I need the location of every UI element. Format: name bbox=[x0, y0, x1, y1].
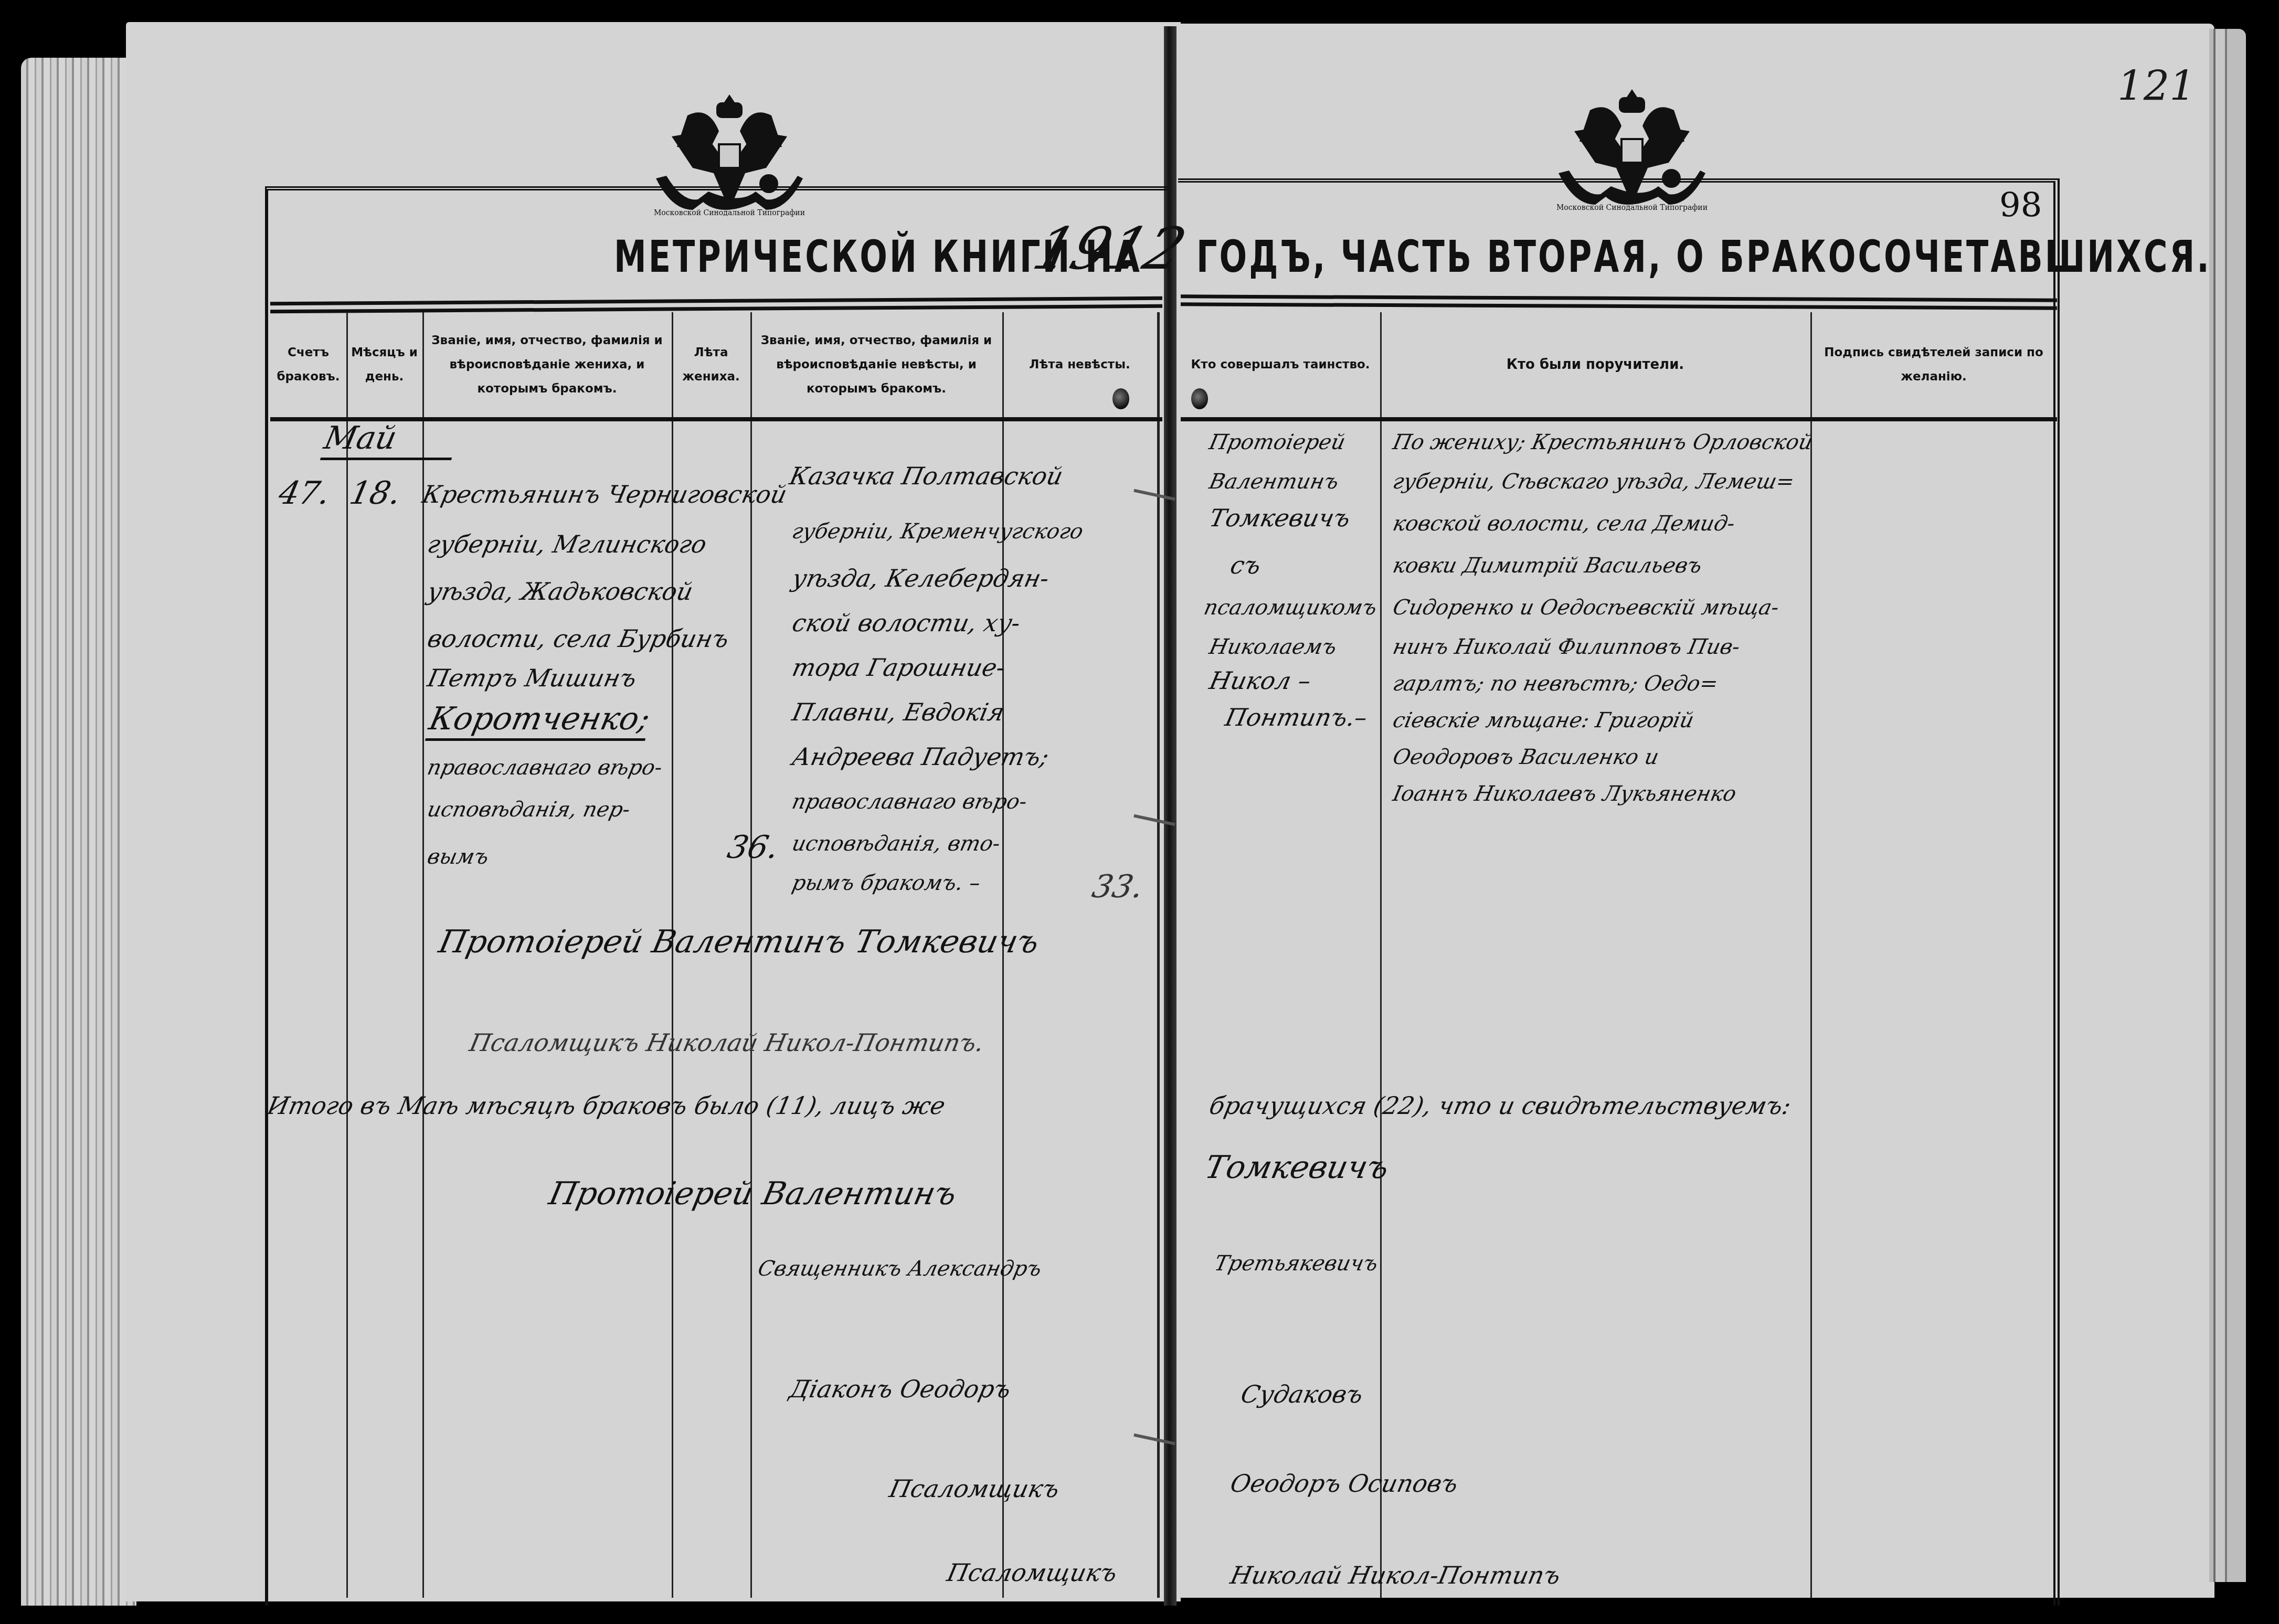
record-number: 47. bbox=[275, 475, 333, 512]
column-divider bbox=[1380, 312, 1382, 1598]
page-stack-right bbox=[2209, 29, 2246, 1582]
sponsors-line: Оеодоровъ Василенко и bbox=[1391, 745, 1661, 769]
column-divider bbox=[1810, 312, 1812, 1598]
groom-line: уѣзда, Жадьковской bbox=[425, 577, 695, 606]
groom-line: губерніи, Мглинского bbox=[425, 530, 709, 558]
bride-line: Плавни, Евдокія bbox=[790, 698, 1007, 726]
groom-line: исповѣданія, пер- bbox=[425, 798, 632, 822]
column-header-bride-age: Лѣта невѣсты. bbox=[1002, 312, 1157, 417]
record-month: Май bbox=[320, 420, 460, 460]
groom-line: Петръ Мишинъ bbox=[425, 664, 639, 692]
officiant-line: псаломщикомъ bbox=[1202, 596, 1379, 620]
officiant-line: Протоіерей bbox=[1207, 430, 1348, 454]
column-header-groom: Званіе, имя, отчество, фамилія и вѣроисп… bbox=[422, 312, 672, 417]
psalmist-signature: Псаломщикъ Николай Никол-Понтипъ. bbox=[467, 1028, 987, 1057]
sponsors-line: гарлтъ; по невѣстѣ; Оедо= bbox=[1391, 672, 1720, 696]
officiant-line: Никол – bbox=[1207, 666, 1313, 695]
sponsors-line: По жениху; Крестьянинъ Орловской bbox=[1391, 430, 1815, 454]
sponsors-line: Іоаннъ Николаевъ Лукьяненко bbox=[1391, 782, 1739, 806]
bride-line: православнаго вѣро- bbox=[790, 790, 1029, 814]
clergy-signature-right: Томкевичъ bbox=[1202, 1149, 1392, 1186]
officiant-line: Томкевичъ bbox=[1207, 504, 1353, 532]
column-divider bbox=[1157, 312, 1160, 1598]
officiant-line: Валентинъ bbox=[1207, 470, 1341, 494]
clergy-signature-left: Протоіерей Валентинъ bbox=[546, 1175, 960, 1212]
groom-age: 36. bbox=[724, 829, 782, 866]
groom-line: вымъ bbox=[425, 845, 491, 869]
groom-surname: Коротченко; bbox=[425, 700, 653, 741]
clergy-signature-right: Оеодоръ Осиповъ bbox=[1228, 1469, 1461, 1498]
year-handwritten: 1912 bbox=[1025, 215, 1194, 282]
clergy-signature-left: Псаломщикъ bbox=[887, 1474, 1062, 1503]
record-day: 18. bbox=[346, 475, 404, 512]
sponsors-line: ковки Димитрій Васильевъ bbox=[1391, 554, 1704, 578]
bride-line: Андреева Падуетъ; bbox=[790, 742, 1052, 771]
groom-line: Крестьянинъ Черниговской bbox=[420, 480, 790, 508]
clergy-signature-left: Діаконъ Оеодоръ bbox=[787, 1375, 1013, 1403]
officiant-line: Николаемъ bbox=[1207, 635, 1339, 659]
sponsors-line: ковской волости, села Демид- bbox=[1391, 512, 1737, 536]
column-header-bride: Званіе, имя, отчество, фамилія и вѣроисп… bbox=[750, 312, 1002, 417]
binding-ring bbox=[1112, 388, 1129, 409]
column-header-groom-age: Лѣта жениха. bbox=[672, 312, 750, 417]
column-header-sponsors: Кто были поручители. bbox=[1380, 312, 1810, 417]
bride-line: рымъ бракомъ. – bbox=[790, 871, 983, 895]
bride-line: Казачка Полтавской bbox=[787, 462, 1066, 490]
monthly-summary-left: Итого въ Маѣ мѣсяцѣ браковъ было (11), л… bbox=[265, 1091, 948, 1120]
bride-line: губерніи, Кременчугского bbox=[790, 519, 1086, 544]
groom-line: православнаго вѣро- bbox=[425, 756, 664, 780]
page-stack-left bbox=[21, 58, 136, 1611]
clergy-signature-right: Третьякевичъ bbox=[1212, 1251, 1380, 1276]
sponsors-line: сіевскіе мѣщане: Григорій bbox=[1391, 708, 1696, 733]
bride-line: тора Гарошние- bbox=[790, 653, 1008, 682]
groom-line: волости, села Бурбинъ bbox=[425, 624, 732, 653]
column-header-marriage-count: Счетъ браковъ. bbox=[270, 312, 346, 417]
bride-line: ской волости, ху- bbox=[790, 609, 1023, 637]
clergy-signature-right: Судаковъ bbox=[1238, 1380, 1366, 1408]
column-header-witness-signatures: Подпись свидѣтелей записи по желанію. bbox=[1810, 312, 2057, 417]
officiant-line: съ bbox=[1228, 551, 1264, 579]
clergy-signature-left: Псаломщикъ bbox=[945, 1558, 1120, 1587]
bride-age: 33. bbox=[1089, 868, 1147, 905]
header-rule bbox=[1181, 417, 2057, 421]
bride-line: исповѣданія, вто- bbox=[790, 832, 1002, 856]
folio-number-handwritten: 121 bbox=[2117, 63, 2196, 110]
sponsors-line: губерніи, Сѣвскаго уѣзда, Лемеш= bbox=[1391, 470, 1797, 494]
background-shadow bbox=[0, 1606, 2279, 1624]
monthly-summary-right: брачущихся (22), что и свидѣтельствуемъ: bbox=[1207, 1091, 1794, 1120]
sponsors-line: Сидоренко и Оедосѣевскій мѣща- bbox=[1391, 596, 1781, 620]
bride-line: уѣзда, Келебердян- bbox=[790, 564, 1052, 592]
sponsors-line: нинъ Николай Филипповъ Пив- bbox=[1391, 635, 1742, 659]
binding-ring bbox=[1191, 388, 1208, 409]
clergy-signature-left: Священникъ Александръ bbox=[756, 1257, 1044, 1281]
officiant-line: Понтипъ.– bbox=[1223, 703, 1370, 731]
page-title-right: ГОДЪ, ЧАСТЬ ВТОРАЯ, О БРАКОСОЧЕТАВШИХСЯ. bbox=[1196, 231, 2211, 283]
open-register-book: 121 98 Московской Синодальной Типографии… bbox=[0, 0, 2279, 1624]
clergy-signature-right: Николай Никол-Понтипъ bbox=[1228, 1561, 1563, 1589]
column-header-officiant: Кто совершалъ таинство. bbox=[1181, 312, 1380, 417]
priest-signature: Протоіерей Валентинъ Томкевичъ bbox=[436, 924, 1042, 960]
column-header-month-day: Мѣсяцъ и день. bbox=[346, 312, 422, 417]
